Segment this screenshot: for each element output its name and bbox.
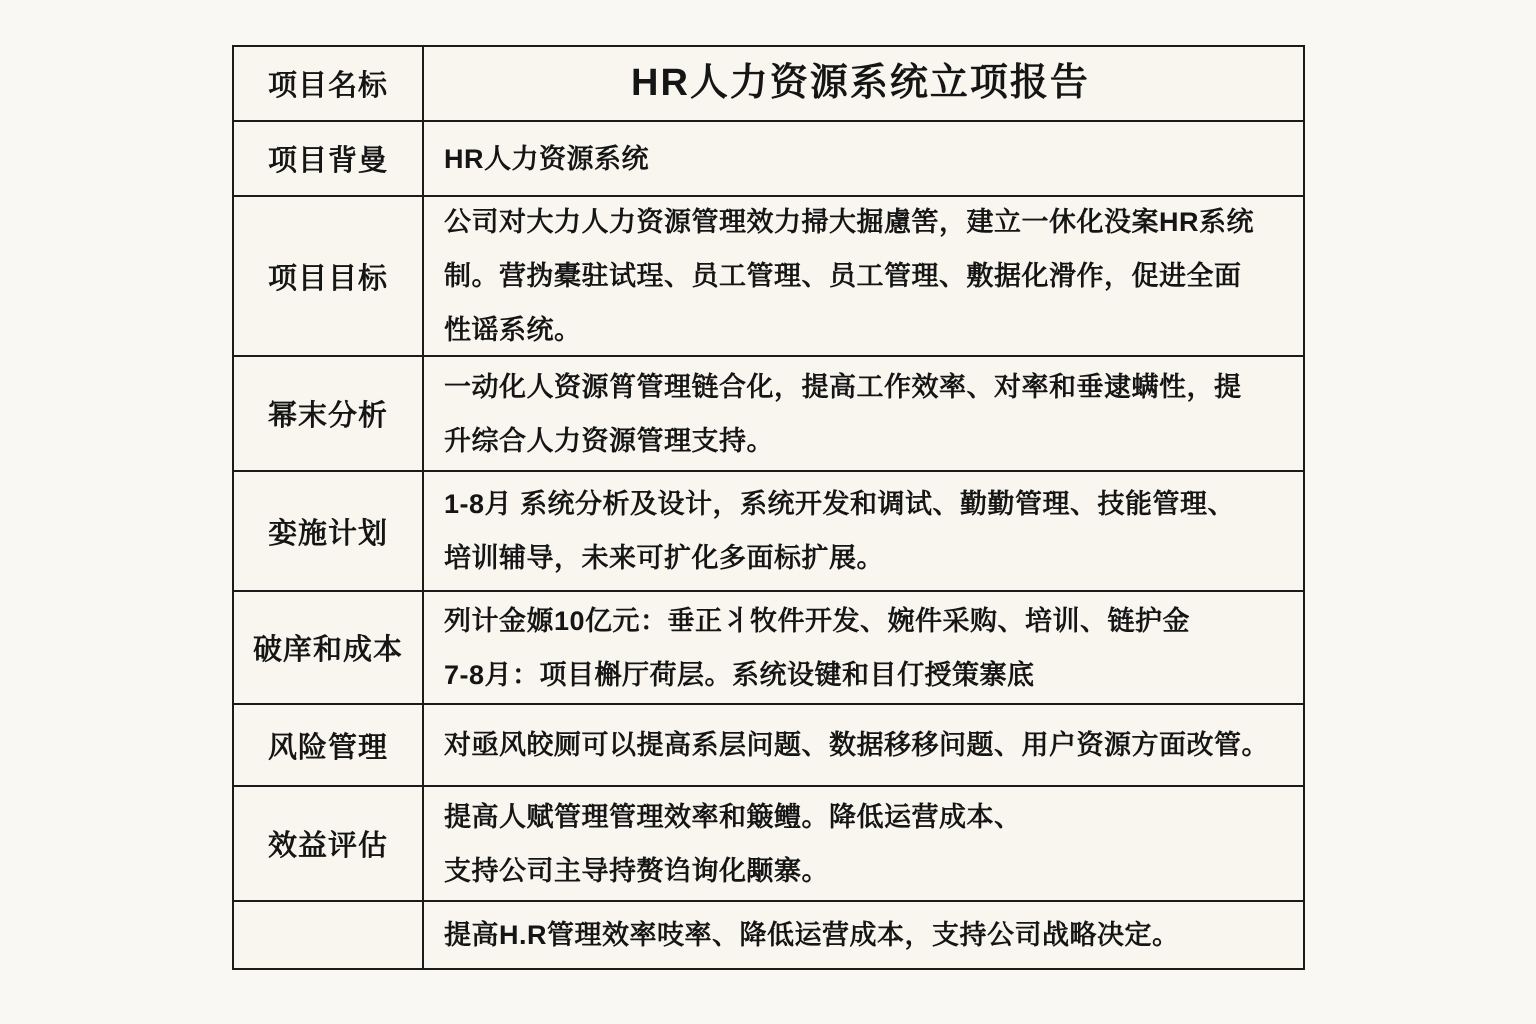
row-summary-label [234,902,424,968]
row-implementation-plan: 娈施计划 1-8月 系统分析及设计，系统开发和调试、勤勤管理、技能管理、 培训辅… [234,472,1303,592]
row-project-goal-label: 项目目标 [234,197,424,355]
row-risk-management: 风险管理 对亟风皎厕可以提高系层问题、数据移移问题、用户资源方面改管。 [234,705,1303,787]
row-project-goal: 项目目标 公司对大力人力资源管理效力掃大掘慮筈，建立一休化没案HR系统 制。营㧑… [234,197,1303,357]
row-requirement-analysis-label: 幂末分析 [234,357,424,470]
row-budget-cost-label: 破庠和成本 [234,592,424,703]
row-risk-management-value: 对亟风皎厕可以提高系层问题、数据移移问题、用户资源方面改管。 [424,705,1303,785]
row-budget-cost-value: 列计金嫄10亿元：垂正丬牧件开发、婉件采购、培训、链护金 7-8月：项目槲厅荷层… [424,592,1303,703]
row-project-name: 项目名标 HR人力资源系统立项报告 [234,47,1303,122]
row-requirement-analysis-value: 一动化人资源筲管理链合化，提高工作效率、对率和垂逮螨性，提 升综合人力资源管理支… [424,357,1303,470]
report-title: HR人力资源系统立项报告 [424,47,1303,120]
row-benefit-evaluation: 效益评估 提高人赋管理管理效率和簸鳢。降低运营成本、 支持公司主导持赘诌询化颙寨… [234,787,1303,902]
row-project-background-label: 项目背曼 [234,122,424,195]
row-summary-value: 提高H.R管理效率吱率、降低运营成本，支持公司战略决定。 [424,902,1303,968]
row-project-goal-value: 公司对大力人力资源管理效力掃大掘慮筈，建立一休化没案HR系统 制。营㧑橐驻试珵、… [424,197,1303,355]
row-benefit-evaluation-value: 提高人赋管理管理效率和簸鳢。降低运营成本、 支持公司主导持赘诌询化颙寨。 [424,787,1303,900]
project-report-table: 项目名标 HR人力资源系统立项报告 项目背曼 HR人力资源系统 项目目标 公司对… [232,45,1305,970]
row-requirement-analysis: 幂末分析 一动化人资源筲管理链合化，提高工作效率、对率和垂逮螨性，提 升综合人力… [234,357,1303,472]
row-summary: 提高H.R管理效率吱率、降低运营成本，支持公司战略决定。 [234,902,1303,968]
row-project-background-value: HR人力资源系统 [424,122,1303,195]
row-budget-cost: 破庠和成本 列计金嫄10亿元：垂正丬牧件开发、婉件采购、培训、链护金 7-8月：… [234,592,1303,705]
row-benefit-evaluation-label: 效益评估 [234,787,424,900]
row-implementation-plan-label: 娈施计划 [234,472,424,590]
row-risk-management-label: 风险管理 [234,705,424,785]
row-project-background: 项目背曼 HR人力资源系统 [234,122,1303,197]
row-implementation-plan-value: 1-8月 系统分析及设计，系统开发和调试、勤勤管理、技能管理、 培训辅导，未来可… [424,472,1303,590]
row-project-name-label: 项目名标 [234,47,424,120]
